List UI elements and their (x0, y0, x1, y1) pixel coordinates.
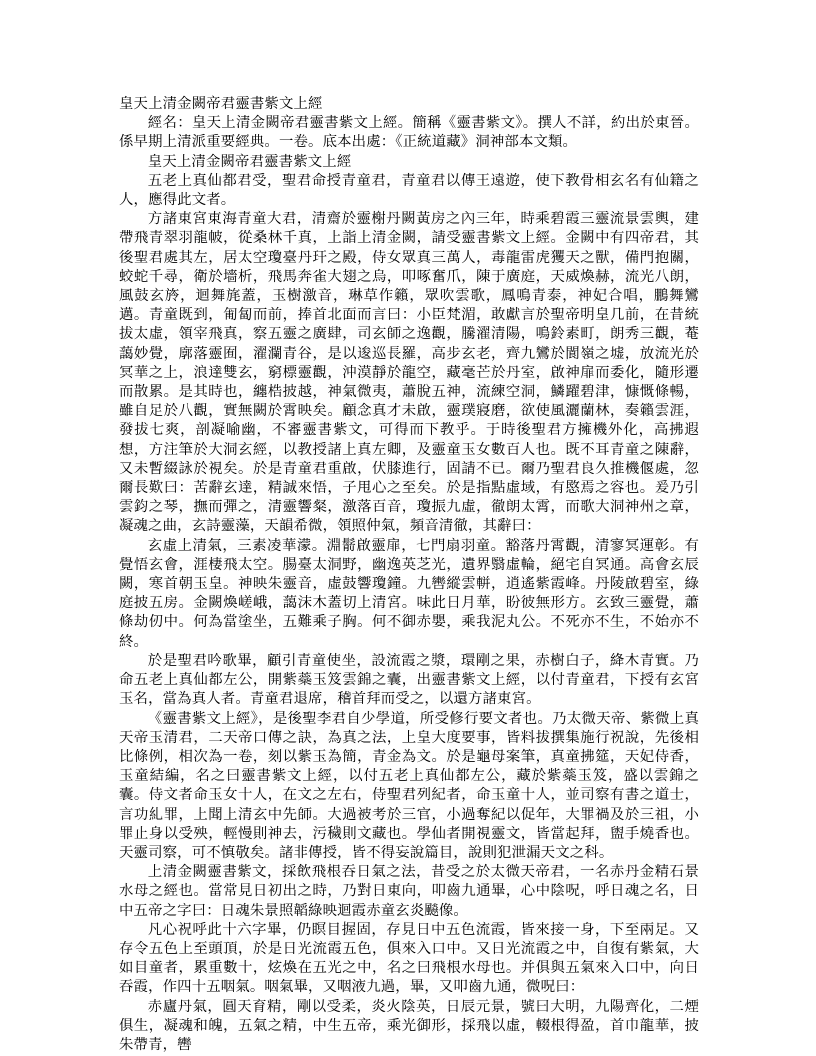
paragraph: 上清金闕靈書紫文，採飲飛根吞日氣之法，昔受之於太微天帝君，一名赤丹金精石景水母之… (119, 863, 699, 921)
paragraph: 凡心祝呼此十六字畢，仍瞑目握固，存見日中五色流霞，皆來接一身，下至兩足。又存令五… (119, 921, 699, 998)
paragraph-subtitle: 皇天上清金闕帝君靈書紫文上經 (119, 153, 699, 172)
paragraph: 《靈書紫文上經》，是後聖李君自少學道，所受修行要文者也。乃太微天帝、紫微上真天帝… (119, 710, 699, 864)
document-page: 皇天上清金闕帝君靈書紫文上經 經名：皇天上清金闕帝君靈書紫文上經。簡稱《靈書紫文… (119, 95, 699, 1055)
paragraph: 於是聖君吟歌畢，顧引青童使坐，設流霞之漿，環剛之果，赤樹白子，絳木青實。乃命五老… (119, 652, 699, 710)
paragraph-verse: 玄虛上清氣，三素凌華濛。淵鬋啟靈扉，七門扇羽童。豁落丹霄觀，清寥冥運彰。有覺悟玄… (119, 537, 699, 652)
paragraph: 方諸東宮東海青童大君，清齋於靈榭丹闕黃房之內三年，時乘碧霞三靈流景雲輿，建帶飛青… (119, 210, 699, 536)
paragraph-metadata: 經名：皇天上清金闕帝君靈書紫文上經。簡稱《靈書紫文》。撰人不詳，約出於東晉。係早… (119, 114, 699, 152)
document-title: 皇天上清金闕帝君靈書紫文上經 (119, 95, 699, 114)
paragraph-incantation: 赤廬丹氣，圓天育精，剛以受柔，炎火陰英，日辰元景，號曰大明，九陽齊化，二煙俱生，… (119, 998, 699, 1056)
paragraph: 五老上真仙都君受，聖君命授青童君，青童君以傳王遠遊，使下教骨相玄名有仙籍之人，應… (119, 172, 699, 210)
